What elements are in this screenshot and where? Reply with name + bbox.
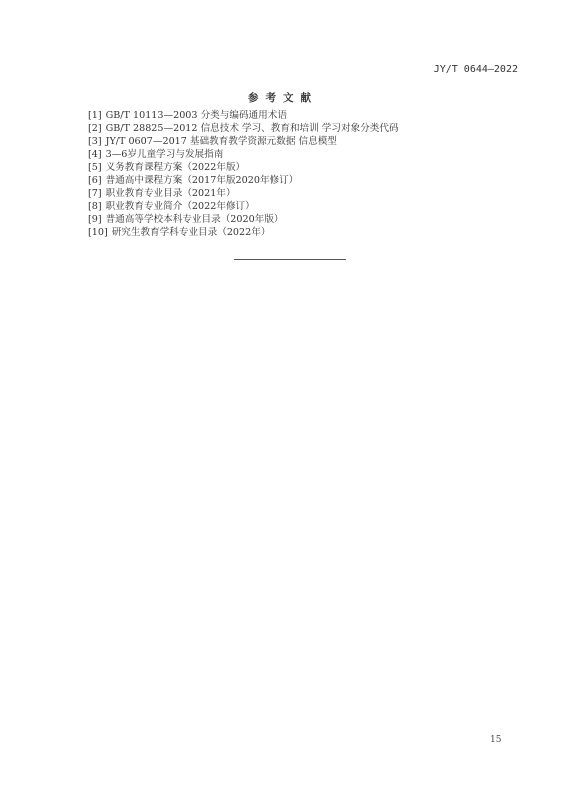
reference-item: [9]普通高等学校本科专业目录（2020年版）	[88, 213, 399, 226]
reference-text: JY/T 0607—2017 基础教育教学资源元数据 信息模型	[106, 136, 337, 147]
reference-item: [3]JY/T 0607—2017 基础教育教学资源元数据 信息模型	[88, 135, 399, 148]
end-divider	[234, 259, 346, 260]
reference-text: 义务教育课程方案（2022年版）	[106, 162, 246, 173]
page-number: 15	[490, 735, 501, 745]
reference-item: [2]GB/T 28825—2012 信息技术 学习、教育和培训 学习对象分类代…	[88, 122, 399, 135]
reference-item: [10]研究生教育学科专业目录（2022年）	[88, 226, 399, 239]
standard-code: JY/T 0644—2022	[434, 64, 518, 75]
reference-text: 普通高中课程方案（2017年版2020年修订）	[106, 175, 299, 186]
reference-index: [7]	[88, 188, 102, 199]
reference-index: [6]	[88, 175, 102, 186]
reference-item: [4]3—6岁儿童学习与发展指南	[88, 148, 399, 161]
reference-item: [6]普通高中课程方案（2017年版2020年修订）	[88, 174, 399, 187]
section-title: 参考文献	[0, 90, 566, 105]
reference-text: 研究生教育学科专业目录（2022年）	[112, 227, 271, 238]
reference-text: 3—6岁儿童学习与发展指南	[106, 149, 224, 160]
reference-item: [8]职业教育专业简介（2022年修订）	[88, 200, 399, 213]
reference-text: 职业教育专业目录（2021年）	[106, 188, 236, 199]
reference-index: [9]	[88, 214, 102, 225]
reference-list: [1]GB/T 10113—2003 分类与编码通用术语 [2]GB/T 288…	[88, 109, 399, 239]
reference-item: [1]GB/T 10113—2003 分类与编码通用术语	[88, 109, 399, 122]
reference-item: [7]职业教育专业目录（2021年）	[88, 187, 399, 200]
reference-index: [3]	[88, 136, 102, 147]
reference-text: GB/T 28825—2012 信息技术 学习、教育和培训 学习对象分类代码	[106, 123, 399, 134]
reference-text: GB/T 10113—2003 分类与编码通用术语	[106, 110, 287, 121]
reference-index: [2]	[88, 123, 102, 134]
reference-index: [4]	[88, 149, 102, 160]
reference-index: [1]	[88, 110, 102, 121]
reference-text: 普通高等学校本科专业目录（2020年版）	[106, 214, 284, 225]
reference-text: 职业教育专业简介（2022年修订）	[106, 201, 255, 212]
reference-index: [8]	[88, 201, 102, 212]
reference-index: [5]	[88, 162, 102, 173]
reference-item: [5]义务教育课程方案（2022年版）	[88, 161, 399, 174]
reference-index: [10]	[88, 227, 108, 238]
